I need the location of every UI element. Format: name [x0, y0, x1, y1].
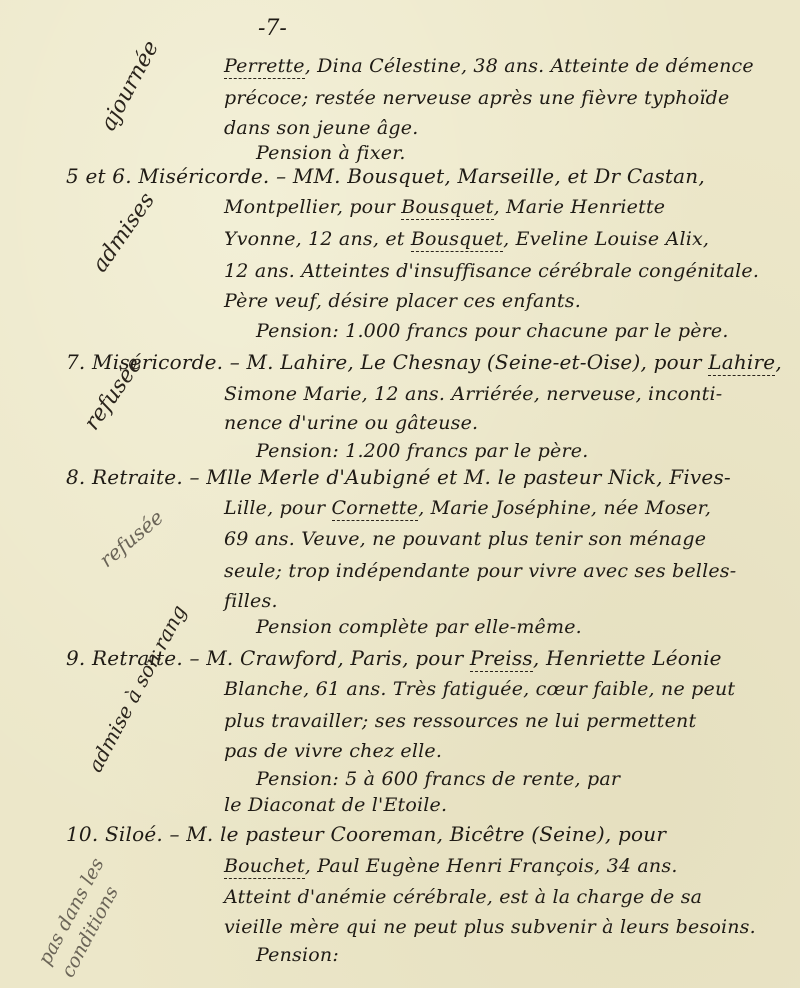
- pension-line: Pension: 1.200 francs par le père.: [256, 440, 588, 462]
- entry-number: 9.: [66, 646, 85, 670]
- patient-name: Preiss: [470, 646, 533, 672]
- entry-number: 10.: [66, 822, 98, 846]
- line-text: , Marie Joséphine, née Moser,: [418, 497, 711, 519]
- entry-line: précoce; restée nerveuse après une fièvr…: [224, 87, 729, 109]
- institution-name: Retraite.: [92, 465, 183, 489]
- page-number: -7-: [258, 16, 287, 41]
- line-text: , Eveline Louise Alix,: [503, 228, 709, 250]
- line-text: , Paul Eugène Henri François, 34 ans.: [305, 855, 678, 877]
- line-text: Montpellier, pour: [224, 196, 401, 218]
- entry-line: seule; trop indépendante pour vivre avec…: [224, 560, 736, 582]
- entry-line: Yvonne, 12 ans, et Bousquet, Eveline Lou…: [224, 228, 709, 250]
- entry-line: Montpellier, pour Bousquet, Marie Henrie…: [224, 196, 665, 218]
- entry-line: Perrette, Dina Célestine, 38 ans. Attein…: [224, 55, 754, 77]
- entry-line: Atteint d'anémie cérébrale, est à la cha…: [224, 886, 702, 908]
- patient-name: Bousquet: [401, 196, 493, 220]
- margin-note-ajournee: ajournée: [96, 37, 164, 135]
- entry-line: le Diaconat de l'Etoile.: [224, 794, 447, 816]
- pension-line: Pension: 1.000 francs pour chacune par l…: [256, 320, 729, 342]
- patient-name: Cornette: [332, 497, 419, 521]
- entry-line: vieille mère qui ne peut plus subvenir à…: [224, 916, 756, 938]
- pension-line: Pension à fixer.: [256, 142, 406, 164]
- patient-name: Bousquet: [411, 228, 503, 252]
- entry-number: 5 et 6.: [66, 164, 132, 188]
- entry-heading: 10. Siloé. – M. le pasteur Cooreman, Bic…: [66, 822, 666, 846]
- institution-name: Siloé.: [105, 822, 163, 846]
- entry-line: 69 ans. Veuve, ne pouvant plus tenir son…: [224, 528, 706, 550]
- line-text: , Henriette Léonie: [533, 646, 722, 670]
- pension-line: Pension complète par elle-même.: [256, 616, 582, 638]
- line-text: – Mlle Merle d'Aubigné et M. le pasteur …: [189, 465, 730, 489]
- line-text: , Dina Célestine, 38 ans. Atteinte de dé…: [305, 55, 754, 77]
- line-text: , Marie Henriette: [494, 196, 666, 218]
- line-text: – MM. Bousquet, Marseille, et Dr Castan,: [276, 164, 705, 188]
- institution-name: Miséricorde.: [92, 350, 223, 374]
- line-text: Lille, pour: [224, 497, 332, 519]
- entry-heading: 8. Retraite. – Mlle Merle d'Aubigné et M…: [66, 465, 731, 489]
- entry-heading: 7. Miséricorde. – M. Lahire, Le Chesnay …: [66, 350, 782, 374]
- entry-line: Lille, pour Cornette, Marie Joséphine, n…: [224, 497, 711, 519]
- institution-name: Miséricorde.: [138, 164, 269, 188]
- entry-heading: 5 et 6. Miséricorde. – MM. Bousquet, Mar…: [66, 164, 705, 188]
- line-text: Yvonne, 12 ans, et: [224, 228, 411, 250]
- entry-line: pas de vivre chez elle.: [224, 740, 442, 762]
- entry-number: 8.: [66, 465, 85, 489]
- entry-line: Père veuf, désire placer ces enfants.: [224, 290, 581, 312]
- entry-line: nence d'urine ou gâteuse.: [224, 412, 478, 434]
- entry-line: dans son jeune âge.: [224, 117, 418, 139]
- line-text: – M. Crawford, Paris, pour: [189, 646, 469, 670]
- margin-note-pas-dans-les-conditions: pas dans les conditions: [32, 852, 134, 982]
- patient-name: Lahire: [708, 350, 775, 376]
- entry-line: Simone Marie, 12 ans. Arriérée, nerveuse…: [224, 383, 722, 405]
- line-text: – M. le pasteur Cooreman, Bicêtre (Seine…: [169, 822, 666, 846]
- line-text: ,: [775, 350, 782, 374]
- handwritten-document-page: -7- ajournée Perrette, Dina Célestine, 3…: [0, 0, 800, 988]
- line-text: – M. Lahire, Le Chesnay (Seine-et-Oise),…: [230, 350, 708, 374]
- pension-line: Pension:: [256, 944, 339, 966]
- pension-line: Pension: 5 à 600 francs de rente, par: [256, 768, 620, 790]
- patient-name: Bouchet: [224, 855, 305, 879]
- entry-line: 12 ans. Atteintes d'insuffisance cérébra…: [224, 260, 759, 282]
- patient-name: Perrette: [224, 55, 305, 79]
- margin-note-admise-a-son-rang: admise à son rang: [83, 601, 191, 776]
- margin-note-admises: admises: [88, 188, 161, 277]
- entry-number: 7.: [66, 350, 85, 374]
- entry-line: Bouchet, Paul Eugène Henri François, 34 …: [224, 855, 678, 877]
- entry-line: filles.: [224, 590, 278, 612]
- margin-note-refusee-pencil: refusée: [95, 505, 168, 572]
- entry-line: plus travailler; ses ressources ne lui p…: [224, 710, 696, 732]
- entry-line: Blanche, 61 ans. Très fatiguée, cœur fai…: [224, 678, 735, 700]
